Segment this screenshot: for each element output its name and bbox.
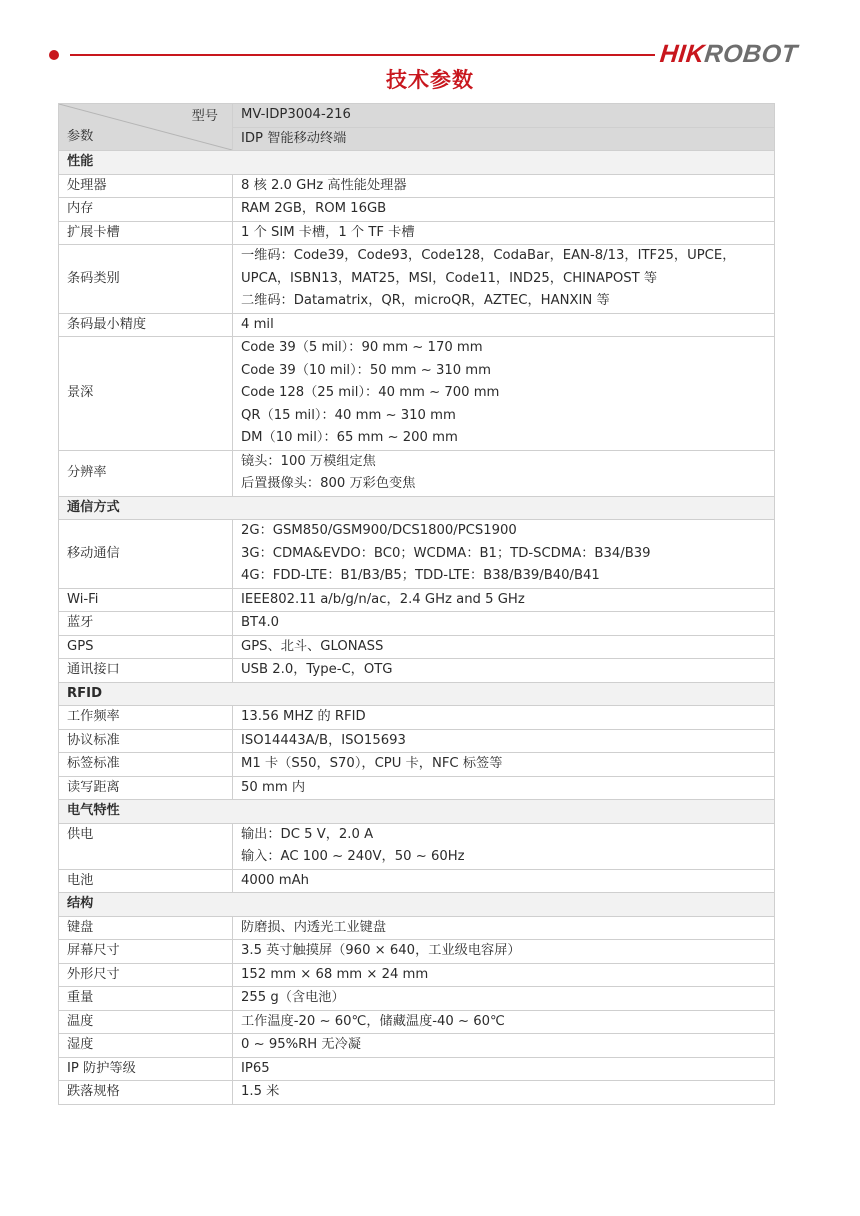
row-label: 扩展卡槽 bbox=[59, 221, 233, 245]
value-line: IP65 bbox=[241, 1058, 766, 1081]
table-row: 通讯接口USB 2.0，Type-C，OTG bbox=[59, 659, 775, 683]
row-label: 通讯接口 bbox=[59, 659, 233, 683]
table-row: 工作频率13.56 MHZ 的 RFID bbox=[59, 706, 775, 730]
value-line: 防磨损、内透光工业键盘 bbox=[241, 917, 766, 940]
row-label: 读写距离 bbox=[59, 776, 233, 800]
value-line: RAM 2GB，ROM 16GB bbox=[241, 198, 766, 221]
row-value: 3.5 英寸触摸屏（960 × 640，工业级电容屏） bbox=[233, 940, 775, 964]
value-line: UPCA，ISBN13，MAT25，MSI，Code11，IND25，CHINA… bbox=[241, 268, 766, 291]
value-line: 152 mm × 68 mm × 24 mm bbox=[241, 964, 766, 987]
value-line: BT4.0 bbox=[241, 612, 766, 635]
model-value: MV-IDP3004-216 bbox=[233, 104, 775, 128]
table-row: 协议标准ISO14443A/B，ISO15693 bbox=[59, 729, 775, 753]
row-label: 景深 bbox=[59, 337, 233, 451]
row-label: 条码最小精度 bbox=[59, 313, 233, 337]
table-row: 供电输出：DC 5 V，2.0 A输入：AC 100 ~ 240V，50 ~ 6… bbox=[59, 823, 775, 869]
row-value: 50 mm 内 bbox=[233, 776, 775, 800]
row-value: Code 39（5 mil）：90 mm ~ 170 mmCode 39（10 … bbox=[233, 337, 775, 451]
row-value: 一维码：Code39，Code93，Code128，CodaBar，EAN-8/… bbox=[233, 245, 775, 314]
row-value: 0 ~ 95%RH 无冷凝 bbox=[233, 1034, 775, 1058]
table-row: 外形尺寸152 mm × 68 mm × 24 mm bbox=[59, 963, 775, 987]
table-row: 分辨率镜头：100 万模组定焦后置摄像头：800 万彩色变焦 bbox=[59, 450, 775, 496]
table-row: 条码类别一维码：Code39，Code93，Code128，CodaBar，EA… bbox=[59, 245, 775, 314]
table-row: 湿度0 ~ 95%RH 无冷凝 bbox=[59, 1034, 775, 1058]
row-value: 防磨损、内透光工业键盘 bbox=[233, 916, 775, 940]
value-line: 后置摄像头：800 万彩色变焦 bbox=[241, 473, 766, 496]
row-label: 蓝牙 bbox=[59, 612, 233, 636]
table-row: 屏幕尺寸3.5 英寸触摸屏（960 × 640，工业级电容屏） bbox=[59, 940, 775, 964]
table-row: 扩展卡槽1 个 SIM 卡槽，1 个 TF 卡槽 bbox=[59, 221, 775, 245]
row-label: 协议标准 bbox=[59, 729, 233, 753]
section-title: 结构 bbox=[59, 893, 775, 917]
row-label: 温度 bbox=[59, 1010, 233, 1034]
section-title: 性能 bbox=[59, 151, 775, 175]
product-name: IDP 智能移动终端 bbox=[233, 127, 775, 151]
value-line: 4 mil bbox=[241, 314, 766, 337]
header-divider-line bbox=[70, 54, 655, 56]
row-value: IEEE802.11 a/b/g/n/ac，2.4 GHz and 5 GHz bbox=[233, 588, 775, 612]
value-line: 3G：CDMA&EVDO：BC0；WCDMA：B1；TD-SCDMA：B34/B… bbox=[241, 543, 766, 566]
value-line: 4G：FDD-LTE：B1/B3/B5；TDD-LTE：B38/B39/B40/… bbox=[241, 565, 766, 588]
row-label: 分辨率 bbox=[59, 450, 233, 496]
table-row: 重量255 g（含电池） bbox=[59, 987, 775, 1011]
table-row: 电池4000 mAh bbox=[59, 869, 775, 893]
row-label: IP 防护等级 bbox=[59, 1057, 233, 1081]
value-line: Code 128（25 mil）：40 mm ~ 700 mm bbox=[241, 382, 766, 405]
table-row: 处理器8 核 2.0 GHz 高性能处理器 bbox=[59, 174, 775, 198]
row-value: GPS、北斗、GLONASS bbox=[233, 635, 775, 659]
row-value: 镜头：100 万模组定焦后置摄像头：800 万彩色变焦 bbox=[233, 450, 775, 496]
row-label: 条码类别 bbox=[59, 245, 233, 314]
value-line: 一维码：Code39，Code93，Code128，CodaBar，EAN-8/… bbox=[241, 245, 766, 268]
value-line: QR（15 mil）：40 mm ~ 310 mm bbox=[241, 405, 766, 428]
row-value: IP65 bbox=[233, 1057, 775, 1081]
row-value: ISO14443A/B，ISO15693 bbox=[233, 729, 775, 753]
row-value: 8 核 2.0 GHz 高性能处理器 bbox=[233, 174, 775, 198]
section-header-row: 电气特性 bbox=[59, 800, 775, 824]
row-value: 2G：GSM850/GSM900/DCS1800/PCS19003G：CDMA&… bbox=[233, 520, 775, 589]
value-line: GPS、北斗、GLONASS bbox=[241, 636, 766, 659]
table-row: 读写距离50 mm 内 bbox=[59, 776, 775, 800]
row-value: 工作温度-20 ~ 60℃，储藏温度-40 ~ 60℃ bbox=[233, 1010, 775, 1034]
header-red-dot bbox=[49, 50, 59, 60]
row-value: 1.5 米 bbox=[233, 1081, 775, 1105]
value-line: 255 g（含电池） bbox=[241, 987, 766, 1010]
value-line: 8 核 2.0 GHz 高性能处理器 bbox=[241, 175, 766, 198]
value-line: 4000 mAh bbox=[241, 870, 766, 893]
row-value: RAM 2GB，ROM 16GB bbox=[233, 198, 775, 222]
table-row: 景深Code 39（5 mil）：90 mm ~ 170 mmCode 39（1… bbox=[59, 337, 775, 451]
row-label: 处理器 bbox=[59, 174, 233, 198]
row-value: 13.56 MHZ 的 RFID bbox=[233, 706, 775, 730]
table-row: Wi-FiIEEE802.11 a/b/g/n/ac，2.4 GHz and 5… bbox=[59, 588, 775, 612]
row-label: 屏幕尺寸 bbox=[59, 940, 233, 964]
row-label: 供电 bbox=[59, 823, 233, 869]
page-title: 技术参数 bbox=[0, 64, 860, 94]
value-line: 二维码：Datamatrix，QR，microQR，AZTEC，HANXIN 等 bbox=[241, 290, 766, 313]
value-line: 工作温度-20 ~ 60℃，储藏温度-40 ~ 60℃ bbox=[241, 1011, 766, 1034]
value-line: DM（10 mil）：65 mm ~ 200 mm bbox=[241, 427, 766, 450]
table-row: 标签标准M1 卡（S50，S70），CPU 卡，NFC 标签等 bbox=[59, 753, 775, 777]
row-value: BT4.0 bbox=[233, 612, 775, 636]
section-title: 电气特性 bbox=[59, 800, 775, 824]
diagonal-header-cell: 型号 参数 bbox=[59, 104, 233, 151]
row-value: 255 g（含电池） bbox=[233, 987, 775, 1011]
row-label: Wi-Fi bbox=[59, 588, 233, 612]
table-row: IP 防护等级IP65 bbox=[59, 1057, 775, 1081]
value-line: 13.56 MHZ 的 RFID bbox=[241, 706, 766, 729]
row-label: 内存 bbox=[59, 198, 233, 222]
table-row: 移动通信2G：GSM850/GSM900/DCS1800/PCS19003G：C… bbox=[59, 520, 775, 589]
row-label: 电池 bbox=[59, 869, 233, 893]
row-value: 4 mil bbox=[233, 313, 775, 337]
value-line: 镜头：100 万模组定焦 bbox=[241, 451, 766, 474]
value-line: USB 2.0，Type-C，OTG bbox=[241, 659, 766, 682]
value-line: Code 39（10 mil）：50 mm ~ 310 mm bbox=[241, 360, 766, 383]
model-header-label: 型号 bbox=[192, 106, 218, 129]
value-line: 1.5 米 bbox=[241, 1081, 766, 1104]
row-label: 跌落规格 bbox=[59, 1081, 233, 1105]
row-value: M1 卡（S50，S70），CPU 卡，NFC 标签等 bbox=[233, 753, 775, 777]
value-line: 1 个 SIM 卡槽，1 个 TF 卡槽 bbox=[241, 222, 766, 245]
section-title: RFID bbox=[59, 682, 775, 706]
row-label: GPS bbox=[59, 635, 233, 659]
value-line: IEEE802.11 a/b/g/n/ac，2.4 GHz and 5 GHz bbox=[241, 589, 766, 612]
table-row: 内存RAM 2GB，ROM 16GB bbox=[59, 198, 775, 222]
table-head-row: 型号 参数 MV-IDP3004-216 bbox=[59, 104, 775, 128]
section-title: 通信方式 bbox=[59, 496, 775, 520]
table-row: GPSGPS、北斗、GLONASS bbox=[59, 635, 775, 659]
value-line: 输入：AC 100 ~ 240V，50 ~ 60Hz bbox=[241, 846, 766, 869]
row-label: 标签标准 bbox=[59, 753, 233, 777]
row-value: 输出：DC 5 V，2.0 A输入：AC 100 ~ 240V，50 ~ 60H… bbox=[233, 823, 775, 869]
row-label: 工作频率 bbox=[59, 706, 233, 730]
table-row: 键盘防磨损、内透光工业键盘 bbox=[59, 916, 775, 940]
value-line: 输出：DC 5 V，2.0 A bbox=[241, 824, 766, 847]
param-header-label: 参数 bbox=[67, 126, 93, 149]
row-label: 外形尺寸 bbox=[59, 963, 233, 987]
value-line: 3.5 英寸触摸屏（960 × 640，工业级电容屏） bbox=[241, 940, 766, 963]
section-header-row: 性能 bbox=[59, 151, 775, 175]
table-row: 条码最小精度4 mil bbox=[59, 313, 775, 337]
value-line: 50 mm 内 bbox=[241, 777, 766, 800]
table-row: 跌落规格1.5 米 bbox=[59, 1081, 775, 1105]
spec-table: 型号 参数 MV-IDP3004-216 IDP 智能移动终端 性能处理器8 核… bbox=[58, 103, 775, 1105]
section-header-row: 通信方式 bbox=[59, 496, 775, 520]
row-label: 湿度 bbox=[59, 1034, 233, 1058]
section-header-row: 结构 bbox=[59, 893, 775, 917]
value-line: 0 ~ 95%RH 无冷凝 bbox=[241, 1034, 766, 1057]
value-line: 2G：GSM850/GSM900/DCS1800/PCS1900 bbox=[241, 520, 766, 543]
table-row: 蓝牙BT4.0 bbox=[59, 612, 775, 636]
row-value: 1 个 SIM 卡槽，1 个 TF 卡槽 bbox=[233, 221, 775, 245]
row-value: USB 2.0，Type-C，OTG bbox=[233, 659, 775, 683]
section-header-row: RFID bbox=[59, 682, 775, 706]
row-label: 键盘 bbox=[59, 916, 233, 940]
value-line: M1 卡（S50，S70），CPU 卡，NFC 标签等 bbox=[241, 753, 766, 776]
value-line: ISO14443A/B，ISO15693 bbox=[241, 730, 766, 753]
row-label: 移动通信 bbox=[59, 520, 233, 589]
table-row: 温度工作温度-20 ~ 60℃，储藏温度-40 ~ 60℃ bbox=[59, 1010, 775, 1034]
value-line: Code 39（5 mil）：90 mm ~ 170 mm bbox=[241, 337, 766, 360]
row-value: 4000 mAh bbox=[233, 869, 775, 893]
row-label: 重量 bbox=[59, 987, 233, 1011]
row-value: 152 mm × 68 mm × 24 mm bbox=[233, 963, 775, 987]
